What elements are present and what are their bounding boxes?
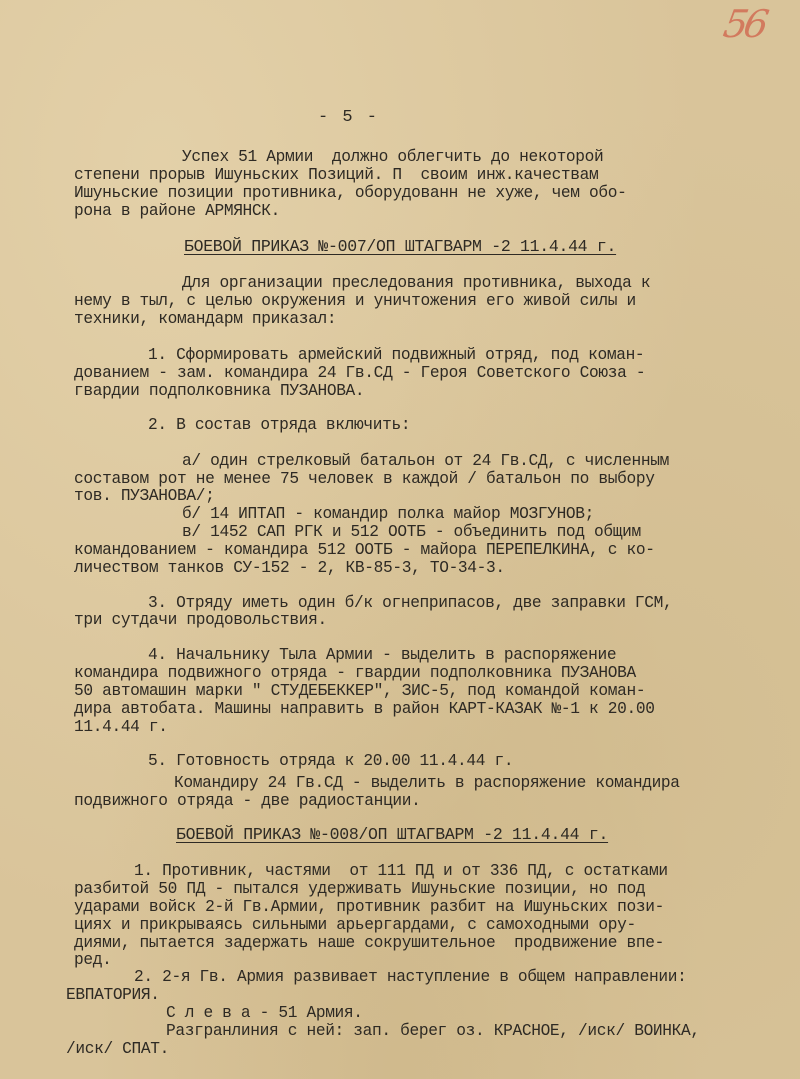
text-line: 50 автомашин марки " СТУДЕБЕККЕР", ЗИС-5… [74, 682, 645, 700]
order-007-heading: БОЕВОЙ ПРИКАЗ №-007/ОП ШТАГВАРМ -2 11.4.… [184, 238, 616, 256]
text-line: тов. ПУЗАНОВА/; [74, 487, 214, 505]
text-line: командира подвижного отряда - гвардии по… [74, 664, 636, 682]
text-line: 5. Готовность отряда к 20.00 11.4.44 г. [148, 752, 513, 770]
text-line: Разгранлиния с ней: зап. берег оз. КРАСН… [166, 1022, 700, 1040]
text-line: рона в районе АРМЯНСК. [74, 202, 280, 220]
text-line: 4. Начальнику Тыла Армии - выделить в ра… [148, 646, 616, 664]
text-line: Успех 51 Армии должно облегчить до некот… [182, 148, 603, 166]
text-line: дованием - зам. командира 24 Гв.СД - Гер… [74, 364, 645, 382]
text-line: ударами войск 2-й Гв.Армии, противник ра… [74, 898, 664, 916]
text-line: С л е в а - 51 Армия. [166, 1004, 363, 1022]
text-line: личеством танков СУ-152 - 2, КВ-85-3, ТО… [74, 559, 505, 577]
archive-document-page: 56 - 5 - Успех 51 Армии должно облегчить… [0, 0, 800, 1079]
text-line: 1. Сформировать армейский подвижный отря… [148, 346, 644, 364]
text-line: Для организации преследования противника… [182, 274, 650, 292]
page-number: - 5 - [318, 108, 379, 127]
text-line: командованием - командира 512 ООТБ - май… [74, 541, 655, 559]
text-line: Командиру 24 Гв.СД - выделить в распоряж… [174, 774, 680, 792]
text-line: 11.4.44 г. [74, 718, 168, 736]
text-line: степени прорыв Ишуньских Позиций. П свои… [74, 166, 598, 184]
order-007-item-2b: б/ 14 ИПТАП - командир полка майор МОЗГУ… [182, 505, 594, 523]
text-line: 3. Отряду иметь один б/к огнеприпасов, д… [148, 594, 672, 612]
text-line: а/ один стрелковый батальон от 24 Гв.СД,… [182, 452, 669, 470]
text-line: циях и прикрываясь сильными арьергардами… [74, 916, 636, 934]
text-line: составом рот не менее 75 человек в каждо… [74, 470, 655, 488]
text-line: 2. 2-я Гв. Армия развивает наступление в… [134, 968, 686, 986]
archive-sheet-number: 56 [720, 2, 768, 46]
text-line: ЕВПАТОРИЯ. [66, 986, 160, 1004]
order-007-item-2: 2. В состав отряда включить: [148, 416, 410, 434]
text-line: техники, командарм приказал: [74, 310, 336, 328]
text-line: подвижного отряда - две радиостанции. [74, 792, 420, 810]
text-line: ред. [74, 951, 111, 969]
text-line: в/ 1452 САП РГК и 512 ООТБ - объединить … [182, 523, 641, 541]
order-008-heading: БОЕВОЙ ПРИКАЗ №-008/ОП ШТАГВАРМ -2 11.4.… [176, 826, 608, 844]
text-line: разбитой 50 ПД - пытался удерживать Ишун… [74, 880, 645, 898]
text-line: диями, пытается задержать наше сокрушите… [74, 934, 664, 952]
text-line: три сутдачи продовольствия. [74, 611, 327, 629]
text-line: Ишуньские позиции противника, оборудован… [74, 184, 626, 202]
text-line: 1. Противник, частями от 111 ПД и от 336… [134, 862, 668, 880]
text-line: /иск/ СПАТ. [66, 1040, 169, 1058]
text-line: дира автобата. Машины направить в район … [74, 700, 655, 718]
text-line: нему в тыл, с целью окружения и уничтоже… [74, 292, 636, 310]
text-line: гвардии подполковника ПУЗАНОВА. [74, 382, 364, 400]
